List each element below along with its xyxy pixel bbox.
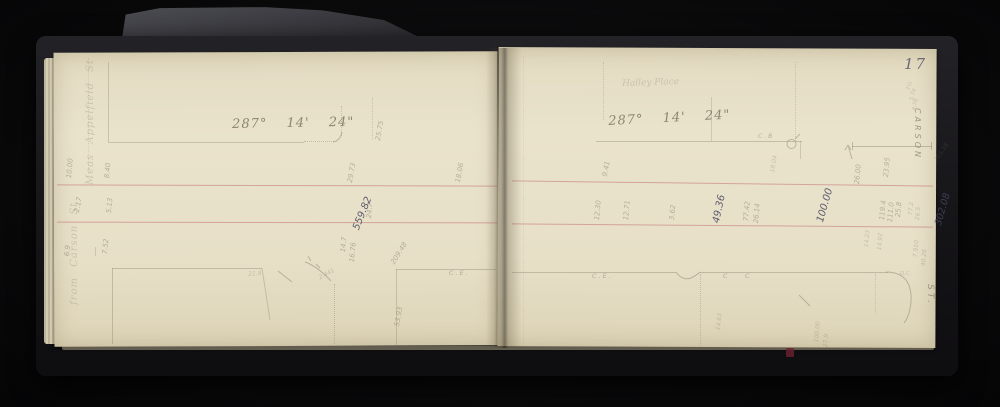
pencil-line (700, 272, 888, 273)
pencil-line (112, 268, 262, 269)
annotation: 7.52 (102, 238, 110, 254)
dotted-line (603, 62, 604, 120)
street-label-st: ST. (925, 284, 934, 306)
pencil-line (112, 268, 113, 344)
pencil-line (800, 141, 801, 159)
annotation: D.C. (900, 272, 912, 278)
dotted-line (875, 274, 876, 314)
pencil-line (108, 62, 109, 142)
street-label-carson: CARSON (913, 108, 921, 160)
pencil-tick (95, 247, 96, 256)
page-number: 17 (904, 57, 927, 72)
margin-note-line1: Meas Appelfield St (86, 59, 96, 185)
annotation: 5.13 (106, 197, 114, 213)
pencil-line (108, 142, 304, 143)
dotted-line (795, 62, 796, 141)
annotation: 26.5 (915, 207, 922, 221)
annotation: 21.8 (248, 271, 262, 278)
annotation: 14.7 (340, 236, 348, 252)
annotation: 6.9 (64, 245, 72, 257)
perforation-line (523, 56, 524, 346)
bearing-left: 287° 14' 24" (232, 116, 354, 131)
annotation: C.E. (592, 273, 613, 280)
gutter-shadow (486, 48, 522, 348)
dotted-line (304, 141, 334, 142)
annotation: C.E. (449, 270, 470, 277)
annotation: C.B (758, 134, 774, 140)
annotation: 25.8 (895, 201, 903, 217)
dotted-line (700, 274, 701, 346)
annotation: C (723, 273, 728, 280)
pencil-line (596, 141, 802, 142)
annotation: 3.62 (669, 204, 677, 220)
annotation: 24.7 (366, 202, 374, 218)
annotation: C (745, 273, 750, 280)
pencil-line (396, 269, 496, 270)
dotted-line (372, 98, 373, 140)
dotted-line (334, 284, 335, 344)
margin-note-line2: from Carson St (70, 202, 80, 305)
annotation: 8.40 (104, 162, 112, 178)
photo-of-field-notebook: 17 287° 14' 24" 287° 14' 24" Halley Plac… (0, 0, 1000, 407)
red-page-marker (786, 348, 794, 357)
pencil-tick (852, 142, 853, 150)
annotation: 27.9 (823, 334, 830, 348)
pencil-tick (931, 142, 932, 150)
left-page (53, 51, 498, 347)
